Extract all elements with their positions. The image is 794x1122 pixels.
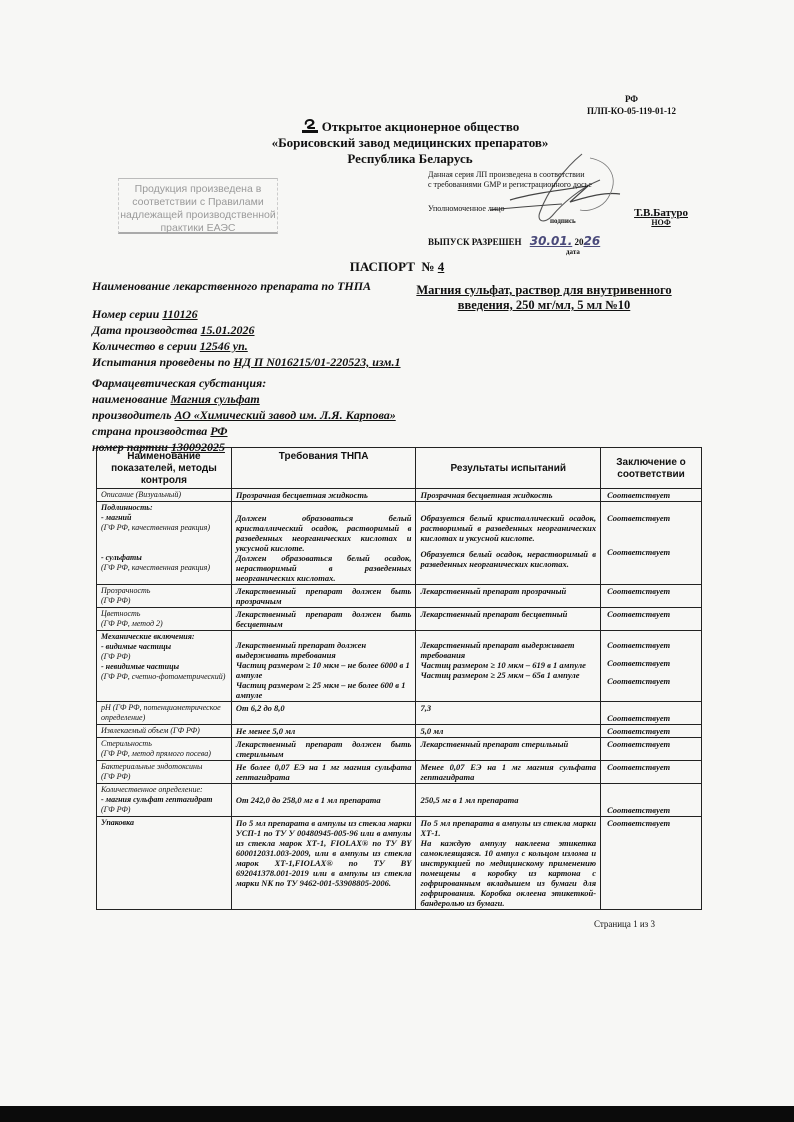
row-result: Менее 0,07 ЕЭ на 1 мг магния сульфата ге… [416, 761, 601, 784]
substance-info: Фармацевтическая субстанция: наименовани… [92, 375, 396, 455]
table-row: Количественное определение: - магния сул… [97, 784, 702, 817]
row-name: Подлинность: [101, 503, 227, 513]
row-subname: - сульфаты [101, 553, 227, 563]
row-subname: - невидимые частицы [101, 662, 227, 672]
row-method: (ГФ РФ, качественная реакция) [101, 523, 227, 533]
row-name: Количественное определение: [101, 785, 227, 795]
table-row: pH (ГФ РФ, потенциометрическое определен… [97, 702, 702, 725]
series-number-row: Номер серии 110126 [92, 306, 401, 322]
substance-name-row: наименование Магния сульфат [92, 391, 396, 407]
quality-control-table: Наименование показателей, методы контрол… [96, 447, 702, 910]
drug-name-label: Наименование лекарственного препарата по… [92, 278, 371, 294]
org-line-2: «Борисовский завод медицинских препарато… [260, 135, 560, 151]
row-method: (ГФ РФ) [101, 772, 227, 782]
table-row: Прозрачность(ГФ РФ) Лекарственный препар… [97, 585, 702, 608]
series-label: Номер серии [92, 307, 159, 321]
substance-name-value: Магния сульфат [171, 392, 260, 406]
release-block: Данная серия ЛП произведена в соответств… [428, 170, 698, 257]
row-result: 7,3 [416, 702, 601, 725]
country-value: РФ [210, 424, 227, 438]
gmp-stamp-line: соответствии с Правилами [119, 196, 277, 209]
release-label: ВЫПУСК РАЗРЕШЕН [428, 237, 521, 247]
row-conclusion: Соответствует [601, 725, 702, 738]
row-conclusion: Соответствует [601, 608, 702, 631]
row-result: Образуется белый осадок, нерастворимый в… [420, 549, 596, 569]
row-conclusion: Соответствует [607, 513, 697, 523]
row-conclusion: Соответствует [607, 640, 697, 650]
row-conclusion: Соответствует [601, 761, 702, 784]
row-conclusion: Соответствует [601, 817, 702, 910]
row-method: (ГФ РФ, метод прямого посева) [101, 749, 227, 759]
row-conclusion: Соответствует [601, 784, 702, 817]
row-result: Лекарственный препарат прозрачный [416, 585, 601, 608]
row-name: Упаковка [101, 818, 134, 827]
signatory-role: НОФ [634, 218, 688, 228]
table-row: Подлинность: - магний (ГФ РФ, качественн… [97, 502, 702, 585]
row-requirement: Должен образоваться белый осадок, нераст… [236, 553, 412, 583]
table-header-row: Наименование показателей, методы контрол… [97, 448, 702, 489]
row-name: Стерильность [101, 739, 227, 749]
row-result: Лекарственный препарат бесцветный [416, 608, 601, 631]
row-name: Механические включения: [101, 632, 227, 642]
manufacturer-label: производитель [92, 408, 172, 422]
gmp-statement-line-2: с требованиями GMP и регистрационного до… [428, 180, 698, 190]
row-requirement: От 242,0 до 258,0 мг в 1 мл препарата [231, 784, 416, 817]
row-result: Лекарственный препарат выдерживает требо… [420, 640, 596, 660]
series-info: Номер серии 110126 Дата производства 15.… [92, 306, 401, 370]
row-conclusion: Соответствует [601, 585, 702, 608]
document-code: РФ ПЛП-КО-05-119-01-12 [587, 93, 676, 117]
row-result: 5,0 мл [416, 725, 601, 738]
table-row: Механические включения: - видимые частиц… [97, 631, 702, 702]
row-name: Прозрачность [101, 586, 227, 596]
row-name: pH (ГФ РФ, потенциометрическое определен… [101, 703, 221, 722]
manufacturer-value: АО «Химический завод им. Л.Я. Карпова» [175, 408, 396, 422]
row-method: (ГФ РФ, качественная реакция) [101, 563, 227, 573]
row-requirement: Частиц размером ≥ 10 мкм – не более 6000… [236, 660, 412, 680]
row-conclusion: Соответствует [601, 702, 702, 725]
row-subname: - магния сульфат гептагидрат [101, 795, 227, 805]
scan-edge-shadow [0, 1106, 794, 1122]
org-line-1: Открытое акционерное общество [322, 119, 520, 134]
row-requirement: Должен образоваться белый кристаллически… [236, 513, 412, 553]
tests-value: НД П N016215/01-220523, изм.1 [233, 355, 400, 369]
row-requirement: Частиц размером ≥ 25 мкм – не более 600 … [236, 680, 412, 700]
row-requirement: Не более 0,07 ЕЭ на 1 мг магния сульфата… [231, 761, 416, 784]
release-date: 30.01. [530, 234, 573, 248]
quantity-label: Количество в серии [92, 339, 197, 353]
row-conclusion: Соответствует [601, 489, 702, 502]
row-result: 250,5 мг в 1 мл препарата [416, 784, 601, 817]
substance-heading: Фармацевтическая субстанция: [92, 375, 396, 391]
passport-number-sign: № [421, 259, 434, 274]
passport-title: ПАСПОРТ № 4 [0, 259, 794, 275]
row-method: (ГФ РФ, метод 2) [101, 619, 227, 629]
production-date-label: Дата производства [92, 323, 198, 337]
release-year-prefix: 20 [575, 237, 584, 247]
row-result: Частиц размером ≥ 10 мкм – 619 в 1 ампул… [420, 660, 596, 670]
row-requirement: Лекарственный препарат должен выдерживат… [236, 640, 412, 660]
gmp-stamp: Продукция произведена в соответствии с П… [118, 178, 278, 234]
row-name: Цветность [101, 609, 227, 619]
header-indicator: Наименование показателей, методы контрол… [97, 448, 232, 489]
quantity-value: 12546 уп. [200, 339, 248, 353]
series-value: 110126 [162, 307, 197, 321]
table-row: Цветность(ГФ РФ, метод 2) Лекарственный … [97, 608, 702, 631]
row-name: Описание (Визуальный) [101, 490, 181, 499]
production-date-value: 15.01.2026 [201, 323, 255, 337]
drug-name-line-2: введения, 250 мг/мл, 5 мл №10 [399, 298, 689, 313]
table-row: Стерильность(ГФ РФ, метод прямого посева… [97, 738, 702, 761]
signature-caption: подпись [550, 216, 576, 226]
row-result: Образуется белый кристаллический осадок,… [420, 513, 596, 543]
country-row: страна производства РФ [92, 423, 396, 439]
row-subname: - видимые частицы [101, 642, 227, 652]
row-requirement: Не менее 5,0 мл [231, 725, 416, 738]
row-requirement: Лекарственный препарат должен быть стери… [231, 738, 416, 761]
quantity-row: Количество в серии 12546 уп. [92, 338, 401, 354]
country-label: страна производства [92, 424, 207, 438]
company-logo-icon [301, 118, 319, 134]
row-result: По 5 мл препарата в ампулы из стекла мар… [420, 818, 596, 838]
gmp-stamp-line: практики ЕАЭС [119, 222, 277, 235]
row-requirement: От 6,2 до 8,0 [231, 702, 416, 725]
row-result: Частиц размером ≥ 25 мкм – 65в 1 ампуле [420, 670, 596, 680]
row-conclusion: Соответствует [607, 676, 697, 686]
table-row: Бактериальные эндотоксины(ГФ РФ) Не боле… [97, 761, 702, 784]
row-name: Бактериальные эндотоксины [101, 762, 227, 772]
tests-label: Испытания проведены по [92, 355, 230, 369]
tests-row: Испытания проведены по НД П N016215/01-2… [92, 354, 401, 370]
passport-title-text: ПАСПОРТ [350, 259, 415, 274]
country-code: РФ [587, 93, 676, 105]
page-number: Страница 1 из 3 [594, 919, 655, 929]
row-conclusion: Соответствует [601, 738, 702, 761]
gmp-stamp-line: надлежащей производственной [119, 209, 277, 222]
row-result: Лекарственный препарат стерильный [416, 738, 601, 761]
header-requirements: Требования ТНПА [231, 448, 416, 489]
release-year-suffix: 26 [584, 234, 601, 248]
row-requirement: Лекарственный препарат должен быть прозр… [231, 585, 416, 608]
row-requirement: Лекарственный препарат должен быть бесцв… [231, 608, 416, 631]
row-name: Извлекаемый объем (ГФ РФ) [101, 726, 200, 735]
production-date-row: Дата производства 15.01.2026 [92, 322, 401, 338]
row-subname: - магний [101, 513, 227, 523]
row-method: (ГФ РФ) [101, 805, 227, 815]
drug-name-line-1: Магния сульфат, раствор для внутривенног… [399, 283, 689, 298]
row-requirement: По 5 мл препарата в ампулы из стекла мар… [231, 817, 416, 910]
authorized-person-label: Уполномоченное лицо [428, 204, 504, 213]
row-result: Прозрачная бесцветная жидкость [416, 489, 601, 502]
row-requirement: Прозрачная бесцветная жидкость [231, 489, 416, 502]
date-caption: дата [566, 247, 698, 257]
row-method: (ГФ РФ) [101, 652, 227, 662]
gmp-stamp-line: Продукция произведена в [119, 183, 277, 196]
passport-number: 4 [438, 259, 445, 274]
header-conclusion: Заключение о соответствии [601, 448, 702, 489]
drug-name-value: Магния сульфат, раствор для внутривенног… [399, 283, 689, 313]
signatory: Т.В.Батуро НОФ [634, 208, 688, 228]
table-row: Описание (Визуальный) Прозрачная бесцвет… [97, 489, 702, 502]
gmp-statement-line-1: Данная серия ЛП произведена в соответств… [428, 170, 698, 180]
row-conclusion: Соответствует [607, 547, 697, 557]
row-conclusion: Соответствует [607, 658, 697, 668]
manufacturer-row: производитель АО «Химический завод им. Л… [92, 407, 396, 423]
table-row: Извлекаемый объем (ГФ РФ) Не менее 5,0 м… [97, 725, 702, 738]
row-result: На каждую ампулу наклеена этикетка самок… [420, 838, 596, 908]
form-code: ПЛП-КО-05-119-01-12 [587, 105, 676, 117]
table-row: Упаковка По 5 мл препарата в ампулы из с… [97, 817, 702, 910]
row-method: (ГФ РФ) [101, 596, 227, 606]
header-results: Результаты испытаний [416, 448, 601, 489]
row-method: (ГФ РФ, счетно-фотометрический) [101, 672, 227, 682]
substance-name-label: наименование [92, 392, 168, 406]
